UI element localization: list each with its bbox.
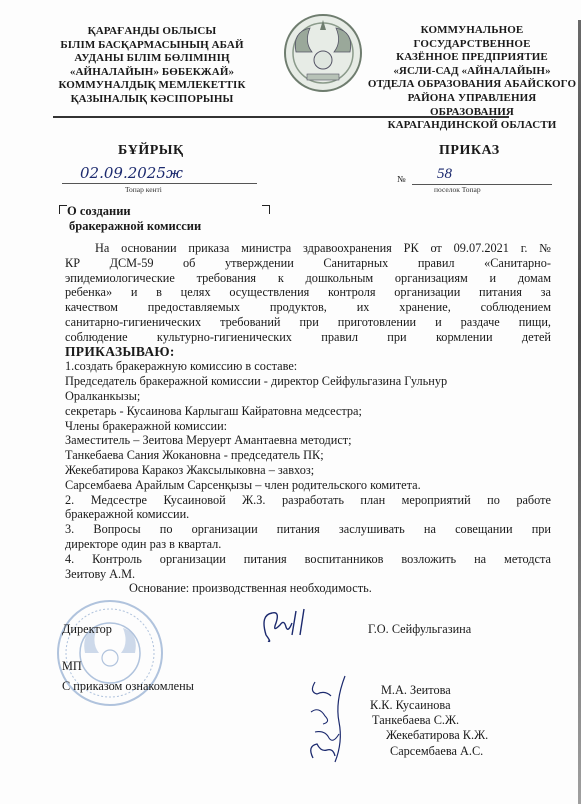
order-word: ПРИКАЗЫВАЮ: xyxy=(65,345,551,360)
header-ru-line: КАЗЁННОЕ ПРЕДПРИЯТИЕ xyxy=(366,51,578,65)
acquainted-label: С приказом ознакомлены xyxy=(62,679,194,694)
commission-item: Танкебаева Сания Жокановна - председател… xyxy=(65,448,551,463)
commission-item: Сарсембаева Арайлым Сарсенқызы – член ро… xyxy=(65,478,551,493)
preamble-line: санитарно-гигиенических требований при п… xyxy=(65,315,551,330)
document-page: ҚАРАҒАНДЫ ОБЛЫСЫ БІЛІМ БАСҚАРМАСЫНЫҢ АБА… xyxy=(0,0,581,804)
acquainted-name: К.К. Кусаинова xyxy=(370,698,451,713)
header-divider xyxy=(53,116,509,118)
preamble-line: соблюдение культурно-гигиенических прави… xyxy=(65,330,551,345)
header-kz: ҚАРАҒАНДЫ ОБЛЫСЫ БІЛІМ БАСҚАРМАСЫНЫҢ АБА… xyxy=(52,25,252,107)
header-kz-line: «АЙНАЛАЙЫН» БӨБЕКЖАЙ» xyxy=(52,66,252,80)
acquainted-name: Жекебатирова К.Ж. xyxy=(386,728,488,743)
number-label: № xyxy=(397,174,406,184)
header-ru-line: «ЯСЛИ-САД «АЙНАЛАЙЫН» xyxy=(366,65,578,79)
commission-item: Оралканкызы; xyxy=(65,389,551,404)
point-2: 2. Медсестре Кусаиновой Ж.З. разработать… xyxy=(65,493,551,508)
header-kz-line: ҚАЗЫНАЛЫҚ КӘСІПОРЫНЫ xyxy=(52,93,252,107)
point-2-cont: бракеражной комиссии. xyxy=(65,507,551,522)
director-label: Директор xyxy=(62,622,112,637)
order-date: 02.09.2025ж xyxy=(80,164,183,182)
commission-item: Председатель бракеражной комиссии - дире… xyxy=(65,374,551,389)
staff-signatures-icon xyxy=(305,672,363,767)
preamble-line: эпидемиологические требования к дошкольн… xyxy=(65,271,551,286)
subject-line: бракеражной комиссии xyxy=(67,219,201,234)
director-signature-icon xyxy=(258,605,318,645)
preamble-line: На основании приказа министра здравоохра… xyxy=(65,241,551,256)
commission-item: Жекебатирова Каракоз Жаксылыковна – завх… xyxy=(65,463,551,478)
preamble-line: качеством предоставляемых продуктов, их … xyxy=(65,300,551,315)
point-3: 3. Вопросы по организации питания заслуш… xyxy=(65,522,551,537)
header-ru-line: КАРАГАНДИНСКОЙ ОБЛАСТИ xyxy=(366,119,578,133)
order-number: 58 xyxy=(437,166,452,183)
number-underline xyxy=(412,184,552,185)
preamble-line: ребенка» и в целях осуществления контрол… xyxy=(65,285,551,300)
order-title-kz: БҰЙРЫҚ xyxy=(118,143,184,159)
point-3-cont: директоре один раз в квартал. xyxy=(65,537,551,552)
header-kz-line: БІЛІМ БАСҚАРМАСЫНЫҢ АБАЙ xyxy=(52,39,252,53)
commission-item: Заместитель – Зеитова Меруерт Амантаевна… xyxy=(65,433,551,448)
place-ru: поселок Топар xyxy=(434,185,481,194)
header-ru-line: КОММУНАЛЬНОЕ ГОСУДАРСТВЕННОЕ xyxy=(366,24,578,51)
acquainted-name: Танкебаева С.Ж. xyxy=(372,713,459,728)
header-kz-line: АУДАНЫ БІЛІМ БӨЛІМІНІҢ xyxy=(52,52,252,66)
subject-bracket-left xyxy=(59,205,67,214)
subject-line: О создании xyxy=(67,204,201,219)
order-subject: О создании бракеражной комиссии xyxy=(67,204,201,234)
basis: Основание: производственная необходимост… xyxy=(65,581,551,596)
header-ru-line: ОТДЕЛА ОБРАЗОВАНИЯ АБАЙСКОГО xyxy=(366,78,578,92)
point-4-cont: Зеитову А.М. xyxy=(65,567,551,582)
date-underline xyxy=(62,183,257,184)
place-kz: Топар кенті xyxy=(125,185,162,194)
preamble-line: КР ДСМ-59 об утверждении Санитарных прав… xyxy=(65,256,551,271)
order-body: На основании приказа министра здравоохра… xyxy=(65,241,551,596)
point-4: 4. Контроль организации питания воспитан… xyxy=(65,552,551,567)
director-name: Г.О. Сейфульгазина xyxy=(368,622,471,637)
seal-label: МП xyxy=(62,659,82,674)
header-kz-line: ҚАРАҒАНДЫ ОБЛЫСЫ xyxy=(52,25,252,39)
acquainted-name: Сарсембаева А.С. xyxy=(390,744,483,759)
commission-item: 1.создать бракеражную комиссию в составе… xyxy=(65,359,551,374)
state-emblem-icon xyxy=(282,12,364,94)
subject-bracket-right xyxy=(262,205,270,214)
acquainted-name: М.А. Зеитова xyxy=(381,683,451,698)
commission-item: секретарь - Кусаинова Карлыгаш Кайратовн… xyxy=(65,404,551,419)
header-kz-line: КОММУНАЛДЫҚ МЕМЛЕКЕТТІК xyxy=(52,79,252,93)
order-title-ru: ПРИКАЗ xyxy=(439,143,500,159)
commission-item: Члены бракеражной комиссии: xyxy=(65,419,551,434)
